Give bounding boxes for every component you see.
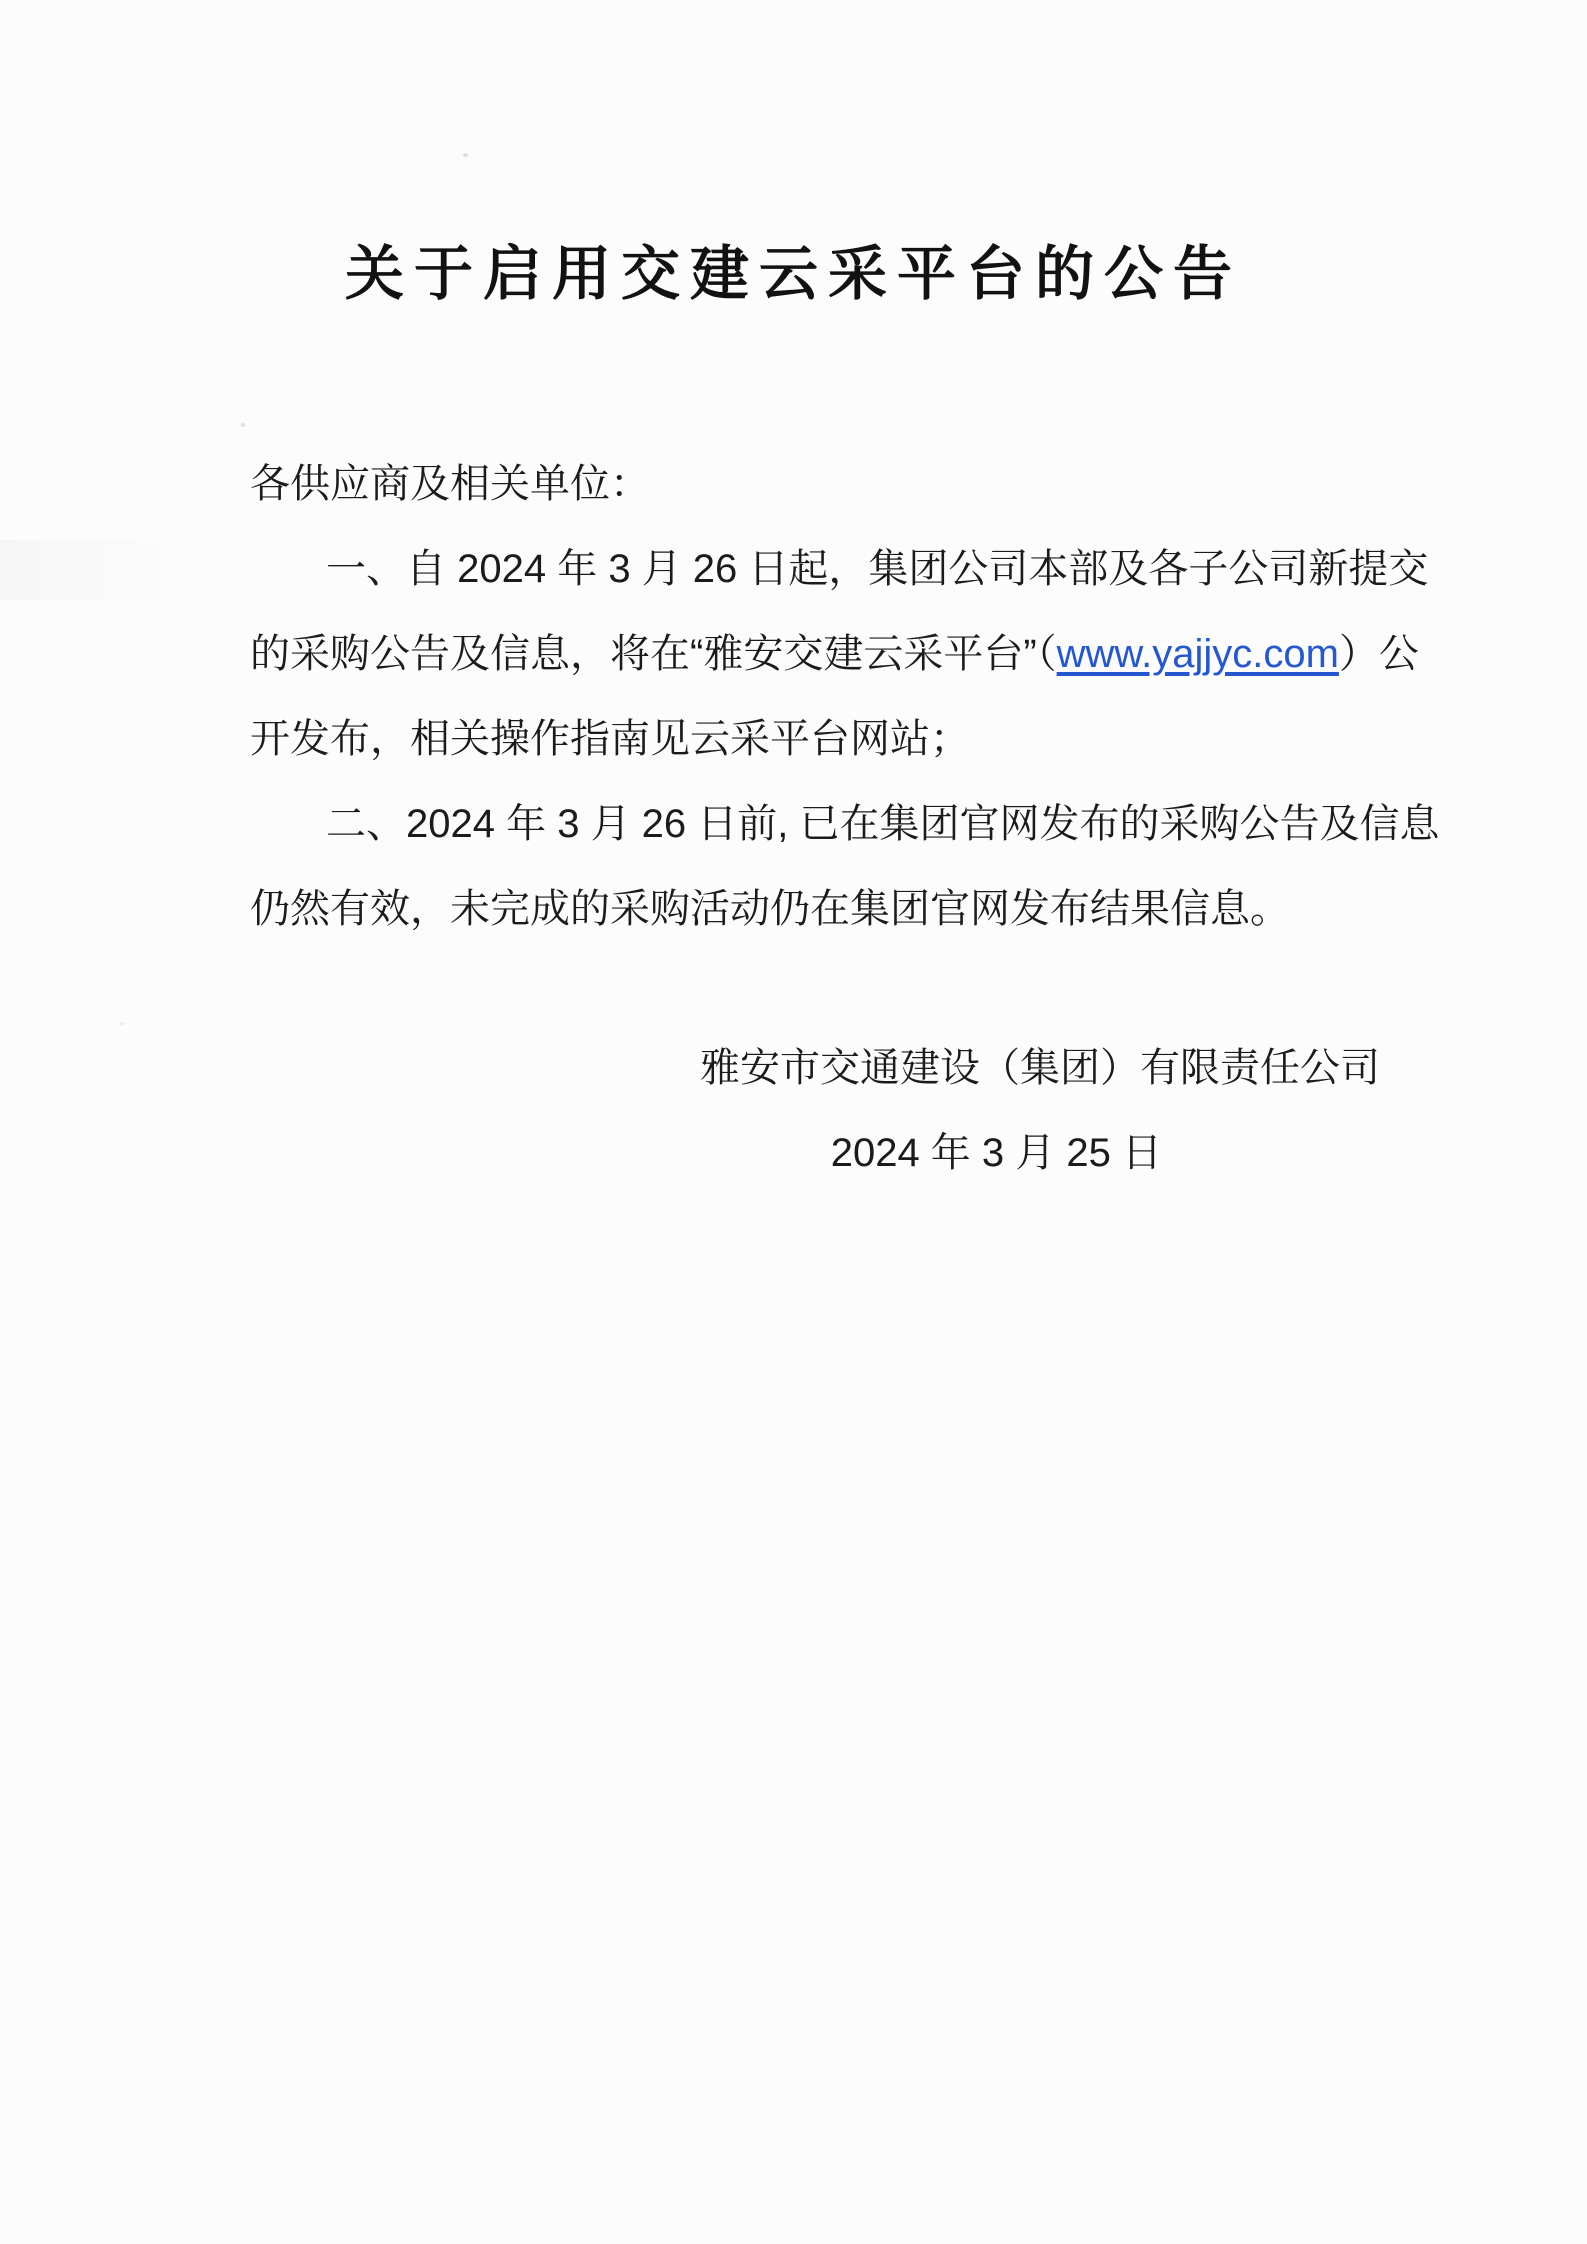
salutation-line: 各供应商及相关单位： [250, 442, 1365, 527]
paragraph-text: 的采购公告及信息，将在“雅安交建云采平台”（ [250, 632, 1057, 676]
hyperlink-url[interactable]: www.yajjyc.com [1057, 632, 1339, 676]
scan-speck [241, 423, 245, 427]
paragraph-2-line-2: 仍然有效，未完成的采购活动仍在集团官网发布结果信息。 [250, 867, 1365, 952]
paragraph-1-line-1: 一、自 2024 年 3 月 26 日起，集团公司本部及各子公司新提交 [250, 527, 1365, 612]
page-title: 关于启用交建云采平台的公告 [0, 0, 1587, 311]
paragraph-text: ）公 [1339, 632, 1419, 676]
scan-speck [463, 153, 468, 157]
paragraph-text: 仍然有效，未完成的采购活动仍在集团官网发布结果信息。 [250, 887, 1290, 931]
paragraph-1-line-2: 的采购公告及信息，将在“雅安交建云采平台”（www.yajjyc.com）公 [250, 612, 1365, 697]
announcement-body: 各供应商及相关单位： 一、自 2024 年 3 月 26 日起，集团公司本部及各… [250, 442, 1365, 952]
signature-date: 2024 年 3 月 25 日 [0, 1111, 1587, 1196]
paragraph-1-line-3: 开发布，相关操作指南见云采平台网站； [250, 697, 1365, 782]
scan-speck [120, 1022, 124, 1025]
signature-company: 雅安市交通建设（集团）有限责任公司 [0, 1026, 1587, 1111]
scan-shading [0, 540, 180, 600]
document-page: 关于启用交建云采平台的公告 各供应商及相关单位： 一、自 2024 年 3 月 … [0, 0, 1587, 2244]
paragraph-2-line-1: 二、2024 年 3 月 26 日前, 已在集团官网发布的采购公告及信息 [250, 782, 1365, 867]
paragraph-text: 二、2024 年 3 月 26 日前, 已在集团官网发布的采购公告及信息 [326, 802, 1440, 846]
paragraph-text: 一、自 2024 年 3 月 26 日起，集团公司本部及各子公司新提交 [326, 547, 1428, 591]
paragraph-text: 开发布，相关操作指南见云采平台网站； [250, 717, 970, 761]
